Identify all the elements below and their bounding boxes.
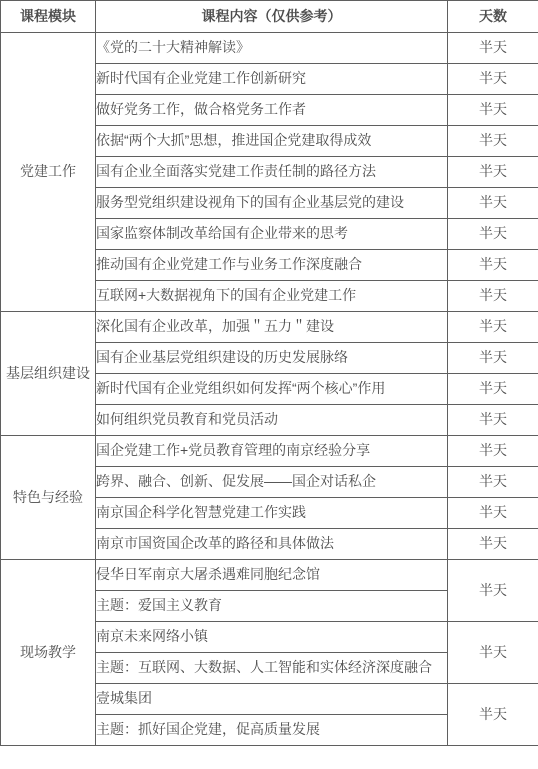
content-cell: 新时代国有企业党组织如何发挥“两个核心”作用 (96, 374, 448, 405)
module-cell: 基层组织建设 (1, 312, 96, 436)
content-cell: 南京国企科学化智慧党建工作实践 (96, 498, 448, 529)
table-row: 基层组织建设深化国有企业改革，加强＂五力＂建设半天 (1, 312, 538, 343)
days-cell: 半天 (448, 188, 538, 219)
content-cell: 主题：抓好国企党建，促高质量发展 (96, 715, 448, 746)
content-cell: 南京市国资国企改革的路径和具体做法 (96, 529, 448, 560)
content-cell: 侵华日军南京大屠杀遇难同胞纪念馆 (96, 560, 448, 591)
content-cell: 如何组织党员教育和党员活动 (96, 405, 448, 436)
days-cell: 半天 (448, 312, 538, 343)
content-cell: 主题：互联网、大数据、人工智能和实体经济深度融合 (96, 653, 448, 684)
days-cell: 半天 (448, 281, 538, 312)
content-cell: 国有企业基层党组织建设的历史发展脉络 (96, 343, 448, 374)
days-cell: 半天 (448, 33, 538, 64)
days-cell: 半天 (448, 95, 538, 126)
table-row: 现场教学侵华日军南京大屠杀遇难同胞纪念馆半天 (1, 560, 538, 591)
days-cell: 半天 (448, 436, 538, 467)
content-cell: 国有企业全面落实党建工作责任制的路径方法 (96, 157, 448, 188)
days-cell: 半天 (448, 157, 538, 188)
table-row: 特色与经验国企党建工作+党员教育管理的南京经验分享半天 (1, 436, 538, 467)
content-cell: 壹城集团 (96, 684, 448, 715)
content-cell: 《党的二十大精神解读》 (96, 33, 448, 64)
header-row: 课程模块 课程内容（仅供参考） 天数 (1, 1, 538, 33)
content-cell: 依据“两个大抓”思想，推进国企党建取得成效 (96, 126, 448, 157)
days-cell: 半天 (448, 219, 538, 250)
days-cell: 半天 (448, 405, 538, 436)
days-cell: 半天 (448, 467, 538, 498)
module-cell: 党建工作 (1, 33, 96, 312)
content-cell: 互联网+大数据视角下的国有企业党建工作 (96, 281, 448, 312)
header-module: 课程模块 (1, 1, 96, 33)
content-cell: 深化国有企业改革，加强＂五力＂建设 (96, 312, 448, 343)
content-cell: 南京未来网络小镇 (96, 622, 448, 653)
days-cell: 半天 (448, 250, 538, 281)
content-cell: 服务型党组织建设视角下的国有企业基层党的建设 (96, 188, 448, 219)
days-cell: 半天 (448, 126, 538, 157)
course-table: 课程模块 课程内容（仅供参考） 天数 党建工作《党的二十大精神解读》半天新时代国… (0, 0, 538, 746)
table-row: 党建工作《党的二十大精神解读》半天 (1, 33, 538, 64)
days-cell: 半天 (448, 622, 538, 684)
content-cell: 国家监察体制改革给国有企业带来的思考 (96, 219, 448, 250)
content-cell: 国企党建工作+党员教育管理的南京经验分享 (96, 436, 448, 467)
header-content: 课程内容（仅供参考） (96, 1, 448, 33)
days-cell: 半天 (448, 374, 538, 405)
header-days: 天数 (448, 1, 538, 33)
table-body: 党建工作《党的二十大精神解读》半天新时代国有企业党建工作创新研究半天做好党务工作… (1, 33, 538, 746)
content-cell: 做好党务工作，做合格党务工作者 (96, 95, 448, 126)
days-cell: 半天 (448, 529, 538, 560)
days-cell: 半天 (448, 560, 538, 622)
course-schedule-page: 课程模块 课程内容（仅供参考） 天数 党建工作《党的二十大精神解读》半天新时代国… (0, 0, 538, 746)
content-cell: 推动国有企业党建工作与业务工作深度融合 (96, 250, 448, 281)
module-cell: 现场教学 (1, 560, 96, 746)
days-cell: 半天 (448, 684, 538, 746)
days-cell: 半天 (448, 64, 538, 95)
module-cell: 特色与经验 (1, 436, 96, 560)
days-cell: 半天 (448, 498, 538, 529)
days-cell: 半天 (448, 343, 538, 374)
content-cell: 新时代国有企业党建工作创新研究 (96, 64, 448, 95)
content-cell: 跨界、融合、创新、促发展——国企对话私企 (96, 467, 448, 498)
content-cell: 主题：爱国主义教育 (96, 591, 448, 622)
